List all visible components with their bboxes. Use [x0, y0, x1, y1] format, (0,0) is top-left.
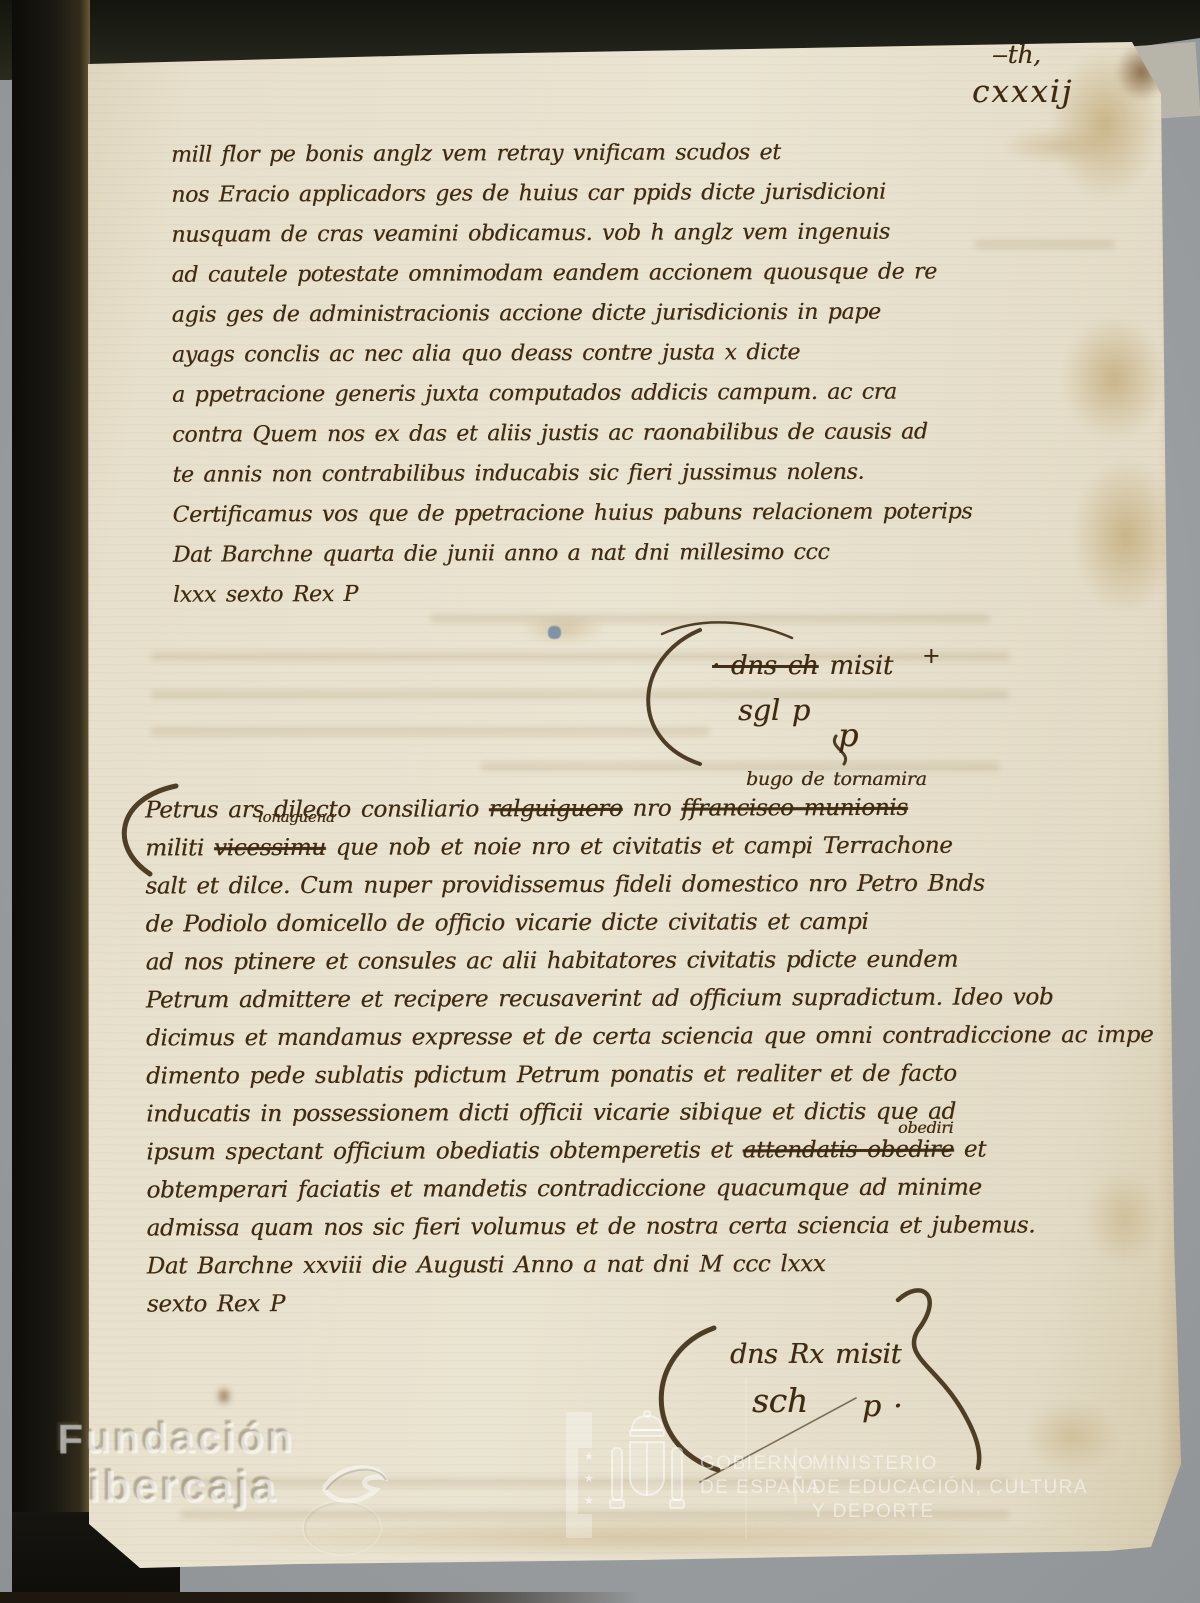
manuscript-line: mill flor pe bonis anglz vem retray vnif…	[171, 132, 981, 176]
manuscript-page: ‒th, cxxxij mill flor pe bonis anglz vem…	[0, 0, 1200, 1603]
manuscript-line: dicimus et mandamus expresse et de certa…	[146, 1016, 1006, 1057]
manuscript-line: nusquam de cras veamini obdicamus. vob h…	[171, 212, 981, 256]
manuscript-line: admissa quam nos sic fieri volumus et de…	[147, 1206, 1007, 1247]
manuscript-line: nos Eracio applicadors ges de huius car …	[171, 172, 981, 216]
manuscript-line: sexto Rex P	[147, 1282, 1007, 1323]
interlinear-name-note: bugo de tornamira	[746, 768, 927, 790]
manuscript-line: te annis non contrabilibus inducabis sic…	[172, 452, 982, 496]
ministerio-line2: DE EDUCACIÓN, CULTURA	[812, 1476, 1088, 1500]
interlinear-correction-note: obediri	[898, 1118, 953, 1137]
repair-spot	[548, 626, 561, 639]
chancery-cross-mark: +	[922, 644, 940, 669]
manuscript-line: ad nos ptinere et consules ac alii habit…	[146, 940, 1006, 981]
manuscript-line: lxxx sexto Rex P	[173, 572, 983, 616]
ink-bleedthrough	[430, 614, 990, 623]
star-icon: ★	[584, 1472, 594, 1485]
manuscript-line: Dat Barchne xxviii die Augusti Anno a na…	[147, 1244, 1007, 1285]
star-icon: ★	[584, 1494, 594, 1507]
stain	[1086, 1170, 1162, 1266]
ink-bleedthrough	[150, 727, 710, 736]
stain	[1024, 1400, 1120, 1472]
chancery-flourish-letter: p	[838, 716, 858, 754]
flag-bar-middle	[566, 1448, 578, 1514]
manuscript-line: agis ges de administracionis accione dic…	[172, 292, 982, 336]
manuscript-line: inducatis in possessionem dicti officii …	[146, 1092, 1006, 1133]
folio-page-number: cxxxij	[972, 74, 1073, 110]
paragraph-2: Petrus ars dilecto consiliario ralguigue…	[145, 789, 1007, 1324]
manuscript-line: salt et dilce. Cum nuper providissemus f…	[145, 865, 1005, 906]
gobierno-line1: GOBIERNO	[700, 1452, 814, 1476]
chancery-note-bottom: dns Rx misitschp ·	[730, 1332, 902, 1430]
photo-background: ‒th, cxxxij mill flor pe bonis anglz vem…	[0, 0, 1200, 1603]
manuscript-line: ayags conclis ac nec alia quo deass cont…	[172, 332, 982, 376]
ink-bleedthrough	[975, 240, 1115, 249]
book-edge-bottom	[0, 1592, 640, 1603]
spain-flag-stars-icon	[566, 1412, 592, 1448]
manuscript-line: Certificamus vos que de ppetracione huiu…	[173, 492, 983, 536]
manuscript-line: · dns ch misit	[712, 644, 893, 688]
manuscript-line: contra Quem nos ex das et aliis justis a…	[172, 412, 982, 456]
ibercaja-wordmark-line1: Fundación	[56, 1414, 295, 1462]
paragraph-1: mill flor pe bonis anglz vem retray vnif…	[171, 132, 983, 616]
ibercaja-wordmark-line2: ibercaja	[88, 1462, 278, 1512]
stain	[1000, 128, 1110, 164]
stain	[216, 1386, 232, 1406]
watermark-divider	[794, 1448, 797, 1504]
manuscript-line: Dat Barchne quarta die junii anno a nat …	[173, 532, 983, 576]
star-icon: ★	[584, 1450, 594, 1463]
spain-coat-of-arms-icon	[608, 1408, 686, 1526]
manuscript-line: militi vicessimu que nob et noie nro et …	[145, 827, 1005, 868]
interlinear-left-note: lonaguena	[258, 808, 334, 826]
manuscript-line: ad cautele potestate omnimodam eandem ac…	[171, 252, 981, 296]
manuscript-line: obtemperari faciatis et mandetis contrad…	[146, 1168, 1006, 1209]
ibercaja-logo-icon	[318, 1458, 398, 1518]
flag-bar-bottom	[566, 1514, 592, 1538]
gobierno-line2: DE ESPAÑA	[700, 1476, 821, 1500]
ministerio-line3: Y DEPORTE	[812, 1500, 935, 1524]
chancery-note-mid: · dns ch misitsgl p	[712, 644, 893, 732]
manuscript-line: dimento pede sublatis pdictum Petrum pon…	[146, 1054, 1006, 1095]
stain	[1072, 458, 1180, 614]
manuscript-line: Petrum admittere et recipere recusaverin…	[146, 978, 1006, 1019]
manuscript-line: sgl p	[738, 688, 893, 732]
manuscript-line: p ·	[862, 1384, 902, 1430]
manuscript-line: ipsum spectant officium obediatis obtemp…	[146, 1130, 1006, 1171]
manuscript-line: dns Rx misit	[730, 1332, 902, 1378]
manuscript-line: de Podiolo domicello de officio vicarie …	[145, 902, 1005, 943]
book-spine-left	[12, 0, 90, 1560]
ministerio-line1: MINISTERIO	[812, 1452, 938, 1476]
manuscript-line: a ppetracione generis juxta computados a…	[172, 372, 982, 416]
stain	[1062, 316, 1166, 440]
